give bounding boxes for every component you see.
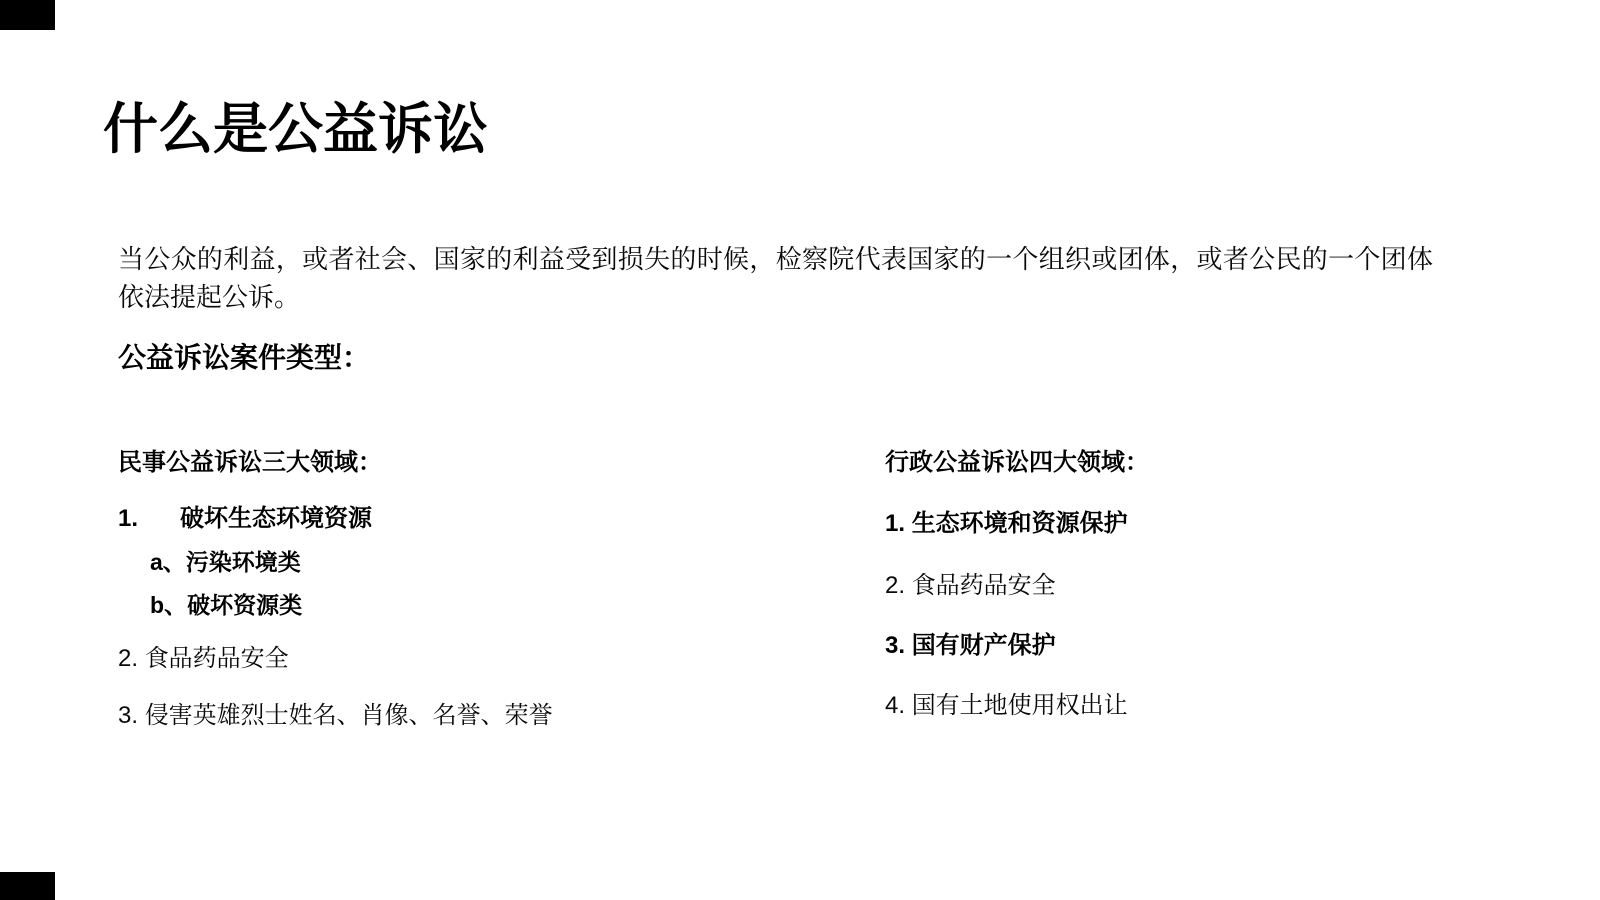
intro-paragraph: 当公众的利益，或者社会、国家的利益受到损失的时候，检察院代表国家的一个组织或团体…	[118, 240, 1433, 316]
list-item-civil-1: 1.破坏生态环境资源	[118, 504, 838, 534]
list-item-admin-2: 2. 食品药品安全	[885, 571, 1505, 601]
administrative-column-heading: 行政公益诉讼四大领域：	[885, 448, 1505, 478]
list-item-text: 国有财产保护	[912, 632, 1056, 659]
corner-mark-bottom-left	[0, 872, 55, 900]
civil-litigation-column: 民事公益诉讼三大领域： 1.破坏生态环境资源 a、污染环境类 b、破坏资源类 2…	[118, 448, 838, 731]
page-title: 什么是公益诉讼	[103, 96, 488, 162]
list-item-civil-3: 3. 侵害英雄烈士姓名、肖像、名誉、荣誉	[118, 701, 838, 731]
list-item-marker: 1.	[885, 510, 912, 537]
list-item-marker: 2.	[885, 572, 912, 599]
list-item-marker: 1.	[118, 504, 180, 534]
list-item-marker: 3.	[118, 702, 145, 729]
list-item-admin-3: 3. 国有财产保护	[885, 631, 1505, 661]
list-item-admin-4: 4. 国有土地使用权出让	[885, 691, 1505, 721]
list-item-marker: a、	[150, 549, 186, 575]
list-item-civil-1b: b、破坏资源类	[150, 590, 838, 620]
list-item-text: 破坏资源类	[187, 592, 302, 618]
list-item-text: 侵害英雄烈士姓名、肖像、名誉、荣誉	[145, 702, 553, 729]
list-item-civil-1a: a、污染环境类	[150, 547, 838, 577]
civil-column-heading: 民事公益诉讼三大领域：	[118, 448, 838, 478]
administrative-litigation-column: 行政公益诉讼四大领域： 1. 生态环境和资源保护 2. 食品药品安全 3. 国有…	[885, 448, 1505, 721]
list-item-marker: 3.	[885, 632, 912, 659]
section-heading: 公益诉讼案件类型：	[118, 341, 370, 375]
list-item-marker: 2.	[118, 645, 145, 672]
corner-mark-top-left	[0, 0, 55, 30]
list-item-marker: b、	[150, 592, 187, 618]
list-item-marker: 4.	[885, 692, 912, 719]
list-item-text: 生态环境和资源保护	[912, 510, 1128, 537]
list-item-text: 国有土地使用权出让	[912, 692, 1128, 719]
list-item-text: 破坏生态环境资源	[180, 505, 372, 532]
list-item-text: 食品药品安全	[912, 572, 1056, 599]
list-item-admin-1: 1. 生态环境和资源保护	[885, 509, 1505, 539]
list-item-text: 污染环境类	[186, 549, 301, 575]
list-item-civil-2: 2. 食品药品安全	[118, 644, 838, 674]
slide-canvas: 什么是公益诉讼 当公众的利益，或者社会、国家的利益受到损失的时候，检察院代表国家…	[0, 0, 1600, 900]
list-item-text: 食品药品安全	[145, 645, 289, 672]
